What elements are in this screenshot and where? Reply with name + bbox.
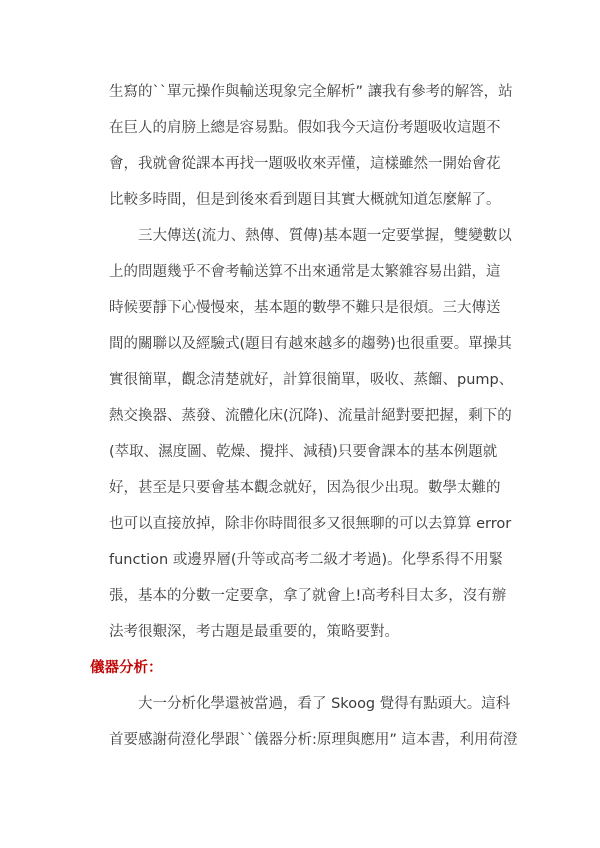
text-line: 實很簡單，觀念清楚就好，計算很簡單，吸收、蒸餾、pump、 bbox=[109, 362, 515, 398]
text-line: 在巨人的肩膀上總是容易點。假如我今天這份考題吸收這題不 bbox=[109, 110, 515, 146]
text-line: function 或邊界層(升等或高考二級才考過)。化學系得不用緊 bbox=[109, 542, 515, 578]
text-line: (萃取、濕度圖、乾燥、攪拌、減積)只要會課本的基本例題就 bbox=[109, 434, 515, 470]
text-line-paragraph-end: 法考很艱深，考古題是最重要的，策略要對。 bbox=[109, 614, 515, 650]
text-line: 也可以直接放掉，除非你時間很多又很無聊的可以去算算 error bbox=[109, 506, 515, 542]
section-heading: 儀器分析： bbox=[90, 650, 515, 686]
text-line: 首要感謝荷澄化學跟``儀器分析:原理與應用” 這本書，利用荷澄 bbox=[109, 722, 515, 758]
text-line: 時候要靜下心慢慢來，基本題的數學不難只是很煩。三大傳送 bbox=[109, 290, 515, 326]
text-line: 好，甚至是只要會基本觀念就好，因為很少出現。數學太難的 bbox=[109, 470, 515, 506]
text-line: 張，基本的分數一定要拿，拿了就會上!高考科目太多，沒有辦 bbox=[109, 578, 515, 614]
text-line-paragraph-start: 大一分析化學還被當過，看了 Skoog 覺得有點頭大。這科 bbox=[109, 686, 515, 722]
text-block: 生寫的``單元操作與輸送現象完全解析” 讓我有參考的解答，站 在巨人的肩膀上總是… bbox=[109, 74, 515, 758]
text-line: 生寫的``單元操作與輸送現象完全解析” 讓我有參考的解答，站 bbox=[109, 74, 515, 110]
text-line: 間的關聯以及經驗式(題目有越來越多的趨勢)也很重要。單操其 bbox=[109, 326, 515, 362]
text-line: 比較多時間，但是到後來看到題目其實大概就知道怎麼解了。 bbox=[109, 182, 515, 218]
document-page: 生寫的``單元操作與輸送現象完全解析” 讓我有參考的解答，站 在巨人的肩膀上總是… bbox=[0, 0, 600, 848]
text-line: 上的問題幾乎不會考輸送算不出來通常是太繁雜容易出錯，這 bbox=[109, 254, 515, 290]
text-line: 熱交換器、蒸發、流體化床(沉降)、流量計絕對要把握，剩下的 bbox=[109, 398, 515, 434]
text-line: 會，我就會從課本再找一題吸收來弄懂，這樣雖然一開始會花 bbox=[109, 146, 515, 182]
text-line-paragraph-start: 三大傳送(流力、熱傳、質傳)基本題一定要掌握，雙變數以 bbox=[109, 218, 515, 254]
